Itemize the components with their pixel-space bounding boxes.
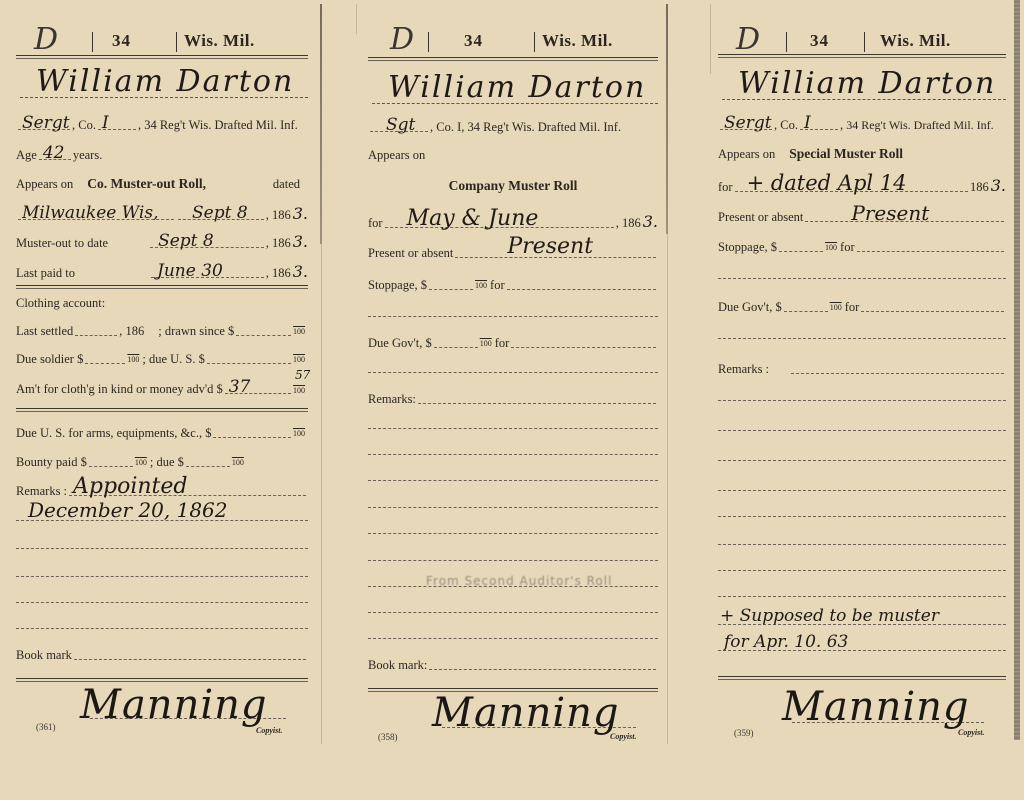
present-row: Present or absent Present [718,208,1006,225]
copyist-signature: Manning [80,682,268,728]
copyist-label: Copyist. [958,728,984,737]
header-rule [718,54,1006,58]
appears-on-row: Appears on [368,148,658,163]
card-header: D 34 Wis. Mil. [16,22,310,58]
remarks-line [368,454,658,455]
remarks-line: + Supposed to be muster [718,624,1006,625]
footer-rule [718,676,1006,680]
blank-line [368,316,658,317]
header-divider [864,32,865,52]
service-card-2: D 34 Wis. Mil. William Darton Sgt , Co. … [362,0,660,800]
last-paid-row: Last paid to June 30 , 186 3. [16,262,308,281]
rank-value: Sergt [724,113,772,133]
for-period-row: for + dated Apl 14 186 3. [718,176,1006,195]
for-period-row: for May & June , 186 3. [368,212,658,231]
stoppage-row: Stoppage, $ 100 for [718,238,1006,255]
due-soldier-row: Due soldier $ 100 ; due U. S. $ 100 [16,350,308,367]
rank-company-row: Sgt , Co. I, 34 Reg't Wis. Drafted Mil. … [368,118,658,135]
soldier-name-field: William Darton [20,62,308,98]
section-rule [16,408,308,412]
book-mark-row: Book mark [16,646,308,663]
remarks-line [718,516,1006,517]
remarks-line [368,638,658,639]
regiment-text: 34 Reg't Wis. Drafted Mil. Inf. [846,118,993,133]
remarks-line [718,490,1006,491]
stoppage-row: Stoppage, $ 100 for [368,276,658,293]
present-status: Present [851,201,929,225]
remarks-line [368,533,658,534]
company-text: Co. I, 34 Reg't Wis. Drafted Mil. Inf. [436,120,621,135]
present-status: Present [507,234,593,259]
due-gov-row: Due Gov't, $ 100 for [718,298,1006,315]
service-card-1: D 34 Wis. Mil. William Darton Sergt , Co… [10,0,310,800]
card-divider-1-faint [321,244,322,744]
remarks-line [718,460,1006,461]
appears-on-row: Appears on Special Muster Roll [718,146,1006,162]
copyist-label: Copyist. [256,726,282,735]
muster-place: Milwaukee Wis, [22,203,158,223]
remarks-row: Remarks: [368,390,658,407]
blank-line [368,372,658,373]
roll-type-row: Company Muster Roll [368,178,658,194]
rank-value: Sgt [386,115,415,135]
header-rule [368,57,658,61]
regiment-number: 34 [810,31,829,51]
form-number: (361) [36,722,56,732]
due-gov-row: Due Gov't, $ 100 for [368,334,658,351]
copyist-signature: Manning [432,690,620,736]
remarks-row: Remarks : [718,360,1006,377]
header-divider [786,32,787,52]
muster-out-row: Muster-out to date Sept 8 , 186 3. [16,232,308,251]
header-divider [92,32,93,52]
bounty-row: Bounty paid $ 100 ; due $ 100 [16,453,308,470]
card-divider-2 [666,4,668,234]
card-divider-2-faint [667,234,668,744]
clothing-heading: Clothing account: [16,296,308,311]
soldier-name: William Darton [388,70,646,105]
place-date-row: Milwaukee Wis, Sept 8 , 186 3. [16,204,308,223]
rank-company-row: Sergt , Co. I , 34 Reg't Wis. Drafted Mi… [718,116,1006,133]
roll-type: Company Muster Roll [449,178,578,194]
header-divider [176,32,177,52]
appears-on-row: Appears on Co. Muster-out Roll, dated [16,176,308,192]
remarks-line [368,480,658,481]
roll-type: Co. Muster-out Roll, [87,176,206,192]
copyist-label: Copyist. [610,732,636,741]
card-edge-3-left [710,4,711,74]
soldier-name: William Darton [36,64,294,99]
remarks-row: Remarks : Appointed [16,482,308,499]
age-value: 42 [43,143,65,163]
last-paid-date: June 30 [157,261,223,281]
soldier-name: William Darton [738,66,996,101]
rank-company-row: Sergt , Co. I , 34 Reg't Wis. Drafted Mi… [16,116,308,133]
blank-line [718,278,1006,279]
page-edge-right [1014,0,1020,740]
soldier-name-field: William Darton [722,64,1006,100]
header-rule [16,55,308,59]
header-divider [428,32,429,52]
regiment-number: 34 [464,31,483,51]
copyist-signature: Manning [782,684,970,730]
card-divider-1 [320,4,322,244]
header-divider [534,32,535,52]
company-value: I [102,113,109,133]
company-value: I [804,113,811,133]
remarks-line-2: for Apr. 10. 63 [724,632,848,652]
remarks-line [718,570,1006,571]
section-rule [16,285,308,289]
remarks-line [16,602,308,603]
remarks-line [16,548,308,549]
service-card-3: D 34 Wis. Mil. William Darton Sergt , Co… [712,0,1008,800]
soldier-name-field: William Darton [372,68,658,104]
remarks-line: From Second Auditor's Roll [368,586,658,587]
remarks-line [16,628,308,629]
card-edge-2-left [356,4,357,34]
remarks-line [16,576,308,577]
clothing-cents: 57 [295,368,310,382]
form-number: (358) [378,732,398,742]
regiment-text: 34 Reg't Wis. Drafted Mil. Inf. [144,118,298,133]
auditor-stamp: From Second Auditor's Roll [426,574,612,588]
due-us-arms-row: Due U. S. for arms, equipments, &c., $ 1… [16,424,308,441]
muster-period: + dated Apl 14 [747,171,907,195]
unit-label: Wis. Mil. [880,31,951,51]
index-initial: D [736,22,760,57]
remarks-line [368,612,658,613]
unit-label: Wis. Mil. [542,31,613,51]
muster-period: May & June [407,206,539,231]
muster-date: Sept 8 [192,203,248,223]
form-number: (359) [734,728,754,738]
remarks-line-2: December 20, 1862 [28,498,228,522]
book-mark-row: Book mark: [368,656,658,673]
present-row: Present or absent Present [368,244,658,261]
remarks-line [718,430,1006,431]
age-row: Age 42 years. [16,146,308,163]
index-initial: D [34,22,58,57]
remarks-line-1: + Supposed to be muster [720,606,939,626]
remarks-line: for Apr. 10. 63 [718,650,1006,651]
muster-out-date: Sept 8 [158,231,214,251]
card-header: D 34 Wis. Mil. [718,22,1008,58]
remarks-line [718,596,1006,597]
clothing-dollars: 37 [229,377,251,397]
remarks-line [718,400,1006,401]
clothing-amount-row: Am't for cloth'g in kind or money adv'd … [16,380,308,397]
remarks-line [718,544,1006,545]
unit-label: Wis. Mil. [184,31,255,51]
remarks-line [368,507,658,508]
remarks-line-1: Appointed [73,474,187,499]
remarks-line [368,560,658,561]
card-header: D 34 Wis. Mil. [368,22,660,58]
remarks-line [368,428,658,429]
rank-value: Sergt [22,113,70,133]
roll-type: Special Muster Roll [789,146,903,162]
remarks-line: December 20, 1862 [16,520,308,521]
regiment-number: 34 [112,31,131,51]
index-initial: D [390,22,414,57]
blank-line [718,338,1006,339]
last-settled-row: Last settled , 186 ; drawn since $ 100 [16,322,308,339]
